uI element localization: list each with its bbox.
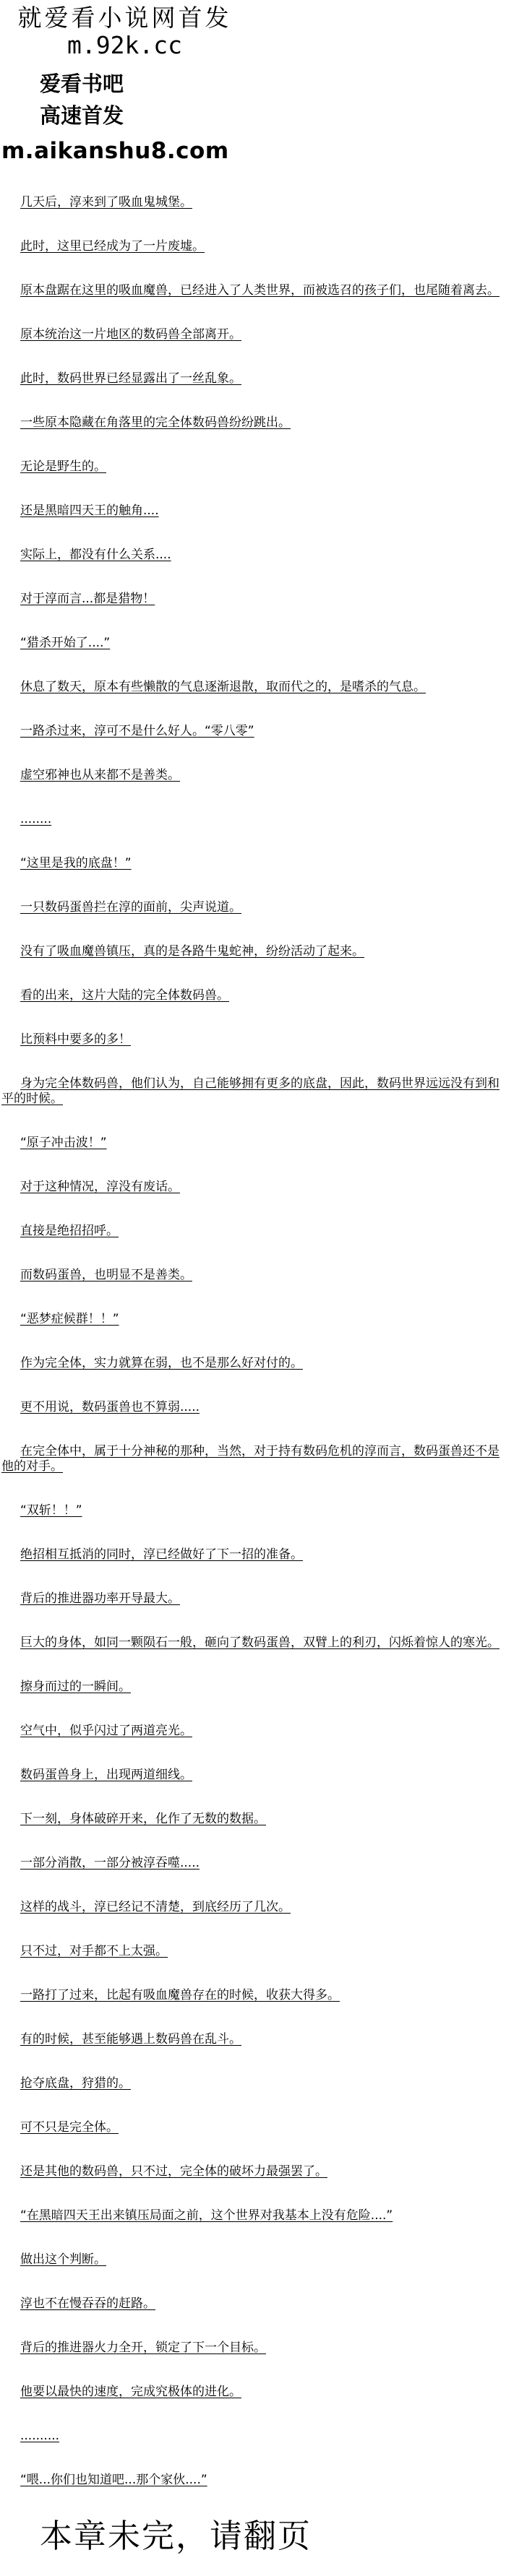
chapter-content: 几天后，淳来到了吸血鬼城堡。此时，这里已经成为了一片废墟。原本盘踞在这里的吸血魔… [0, 195, 506, 2488]
novel-paragraph: “恶梦症候群！！” [1, 1312, 505, 1327]
watermark-promo-url: m.aikanshu8.com [1, 136, 249, 166]
novel-paragraph: 下一刻，身体破碎开来，化作了无数的数据。 [1, 1812, 505, 1827]
novel-paragraph: “这里是我的底盘！” [1, 856, 505, 871]
novel-reader-page: { "watermark": { "site_name": "就爱看小说网首发"… [0, 0, 506, 2576]
novel-paragraph: 原本盘踞在这里的吸血魔兽，已经进入了人类世界，而被选召的孩子们，也尾随着离去。 [1, 283, 505, 298]
watermark-promo-name: 爱看书吧 [40, 68, 249, 100]
novel-paragraph: 这样的战斗，淳已经记不清楚，到底经历了几次。 [1, 1900, 505, 1915]
novel-paragraph: 比预料中要多的多！ [1, 1032, 505, 1047]
watermark-site-url: m.92k.cc [0, 32, 249, 59]
novel-paragraph: 绝招相互抵消的同时，淳已经做好了下一招的准备。 [1, 1547, 505, 1563]
novel-paragraph: 作为完全体，实力就算在弱，也不是那么好对付的。 [1, 1356, 505, 1371]
novel-paragraph: “在黑暗四天王出来镇压局面之前，这个世界对我基本上没有危险....” [1, 2208, 505, 2223]
novel-paragraph: 实际上，都没有什么关系.... [1, 548, 505, 563]
novel-paragraph: 淳也不在慢吞吞的赶路。 [1, 2296, 505, 2312]
novel-paragraph: 还是其他的数码兽，只不过，完全体的破坏力最强罢了。 [1, 2164, 505, 2179]
novel-paragraph: 一路杀过来，淳可不是什么好人。“零八零” [1, 724, 505, 739]
novel-paragraph: 一部分消散，一部分被淳吞噬..... [1, 1856, 505, 1871]
novel-paragraph: 而数码蛋兽，也明显不是善类。 [1, 1268, 505, 1283]
novel-paragraph: .......... [1, 2429, 505, 2444]
novel-paragraph: “原子冲击波！” [1, 1136, 505, 1151]
novel-paragraph: 没有了吸血魔兽镇压，真的是各路牛鬼蛇神，纷纷活动了起来。 [1, 944, 505, 959]
novel-paragraph: “双斩！！” [1, 1503, 505, 1518]
novel-paragraph: 一路打了过来，比起有吸血魔兽存在的时候，收获大得多。 [1, 1988, 505, 2003]
novel-paragraph: 可不只是完全体。 [1, 2120, 505, 2135]
page-end-notice: 本章未完，请翻页 [40, 2517, 506, 2556]
novel-paragraph: 做出这个判断。 [1, 2252, 505, 2268]
novel-paragraph: 几天后，淳来到了吸血鬼城堡。 [1, 195, 505, 210]
novel-paragraph: 巨大的身体，如同一颗陨石一般，砸向了数码蛋兽，双臂上的利刃，闪烁着惊人的寒光。 [1, 1635, 505, 1651]
novel-paragraph: 直接是绝招招呼。 [1, 1224, 505, 1239]
novel-paragraph: 抢夺底盘，狩猎的。 [1, 2076, 505, 2091]
novel-paragraph: “喂...你们也知道吧...那个家伙....” [1, 2473, 505, 2488]
novel-paragraph: 空气中，似乎闪过了两道亮光。 [1, 1724, 505, 1739]
novel-paragraph: 只不过，对手都不上太强。 [1, 1944, 505, 1959]
novel-paragraph: ........ [1, 812, 505, 827]
watermark-promo-tagline: 高速首发 [40, 100, 249, 131]
novel-paragraph: 擦身而过的一瞬间。 [1, 1680, 505, 1695]
novel-paragraph: 还是黑暗四天王的触角.... [1, 503, 505, 519]
novel-paragraph: 此时，数码世界已经显露出了一丝乱象。 [1, 371, 505, 386]
novel-paragraph: 身为完全体数码兽，他们认为，自己能够拥有更多的底盘，因此，数码世界远远没有到和平… [1, 1076, 505, 1107]
novel-paragraph: 在完全体中，属于十分神秘的那种，当然，对于持有数码危机的淳而言，数码蛋兽还不是他… [1, 1444, 505, 1474]
anti-piracy-watermark: 就爱看小说网首发 m.92k.cc 爱看书吧 高速首发 m.aikanshu8.… [0, 0, 249, 166]
watermark-site-name: 就爱看小说网首发 [0, 4, 249, 32]
novel-paragraph: 看的出来，这片大陆的完全体数码兽。 [1, 988, 505, 1003]
novel-paragraph: 数码蛋兽身上，出现两道细线。 [1, 1768, 505, 1783]
novel-paragraph: 他要以最快的速度，完成究极体的进化。 [1, 2385, 505, 2400]
novel-paragraph: 对于淳而言...都是猎物！ [1, 592, 505, 607]
novel-paragraph: 对于这种情况，淳没有废话。 [1, 1180, 505, 1195]
novel-paragraph: 休息了数天，原本有些懒散的气息逐渐退散，取而代之的，是嗜杀的气息。 [1, 680, 505, 695]
novel-paragraph: “猎杀开始了....” [1, 636, 505, 651]
novel-paragraph: 背后的推进器火力全开，锁定了下一个目标。 [1, 2341, 505, 2356]
novel-paragraph: 更不用说，数码蛋兽也不算弱..... [1, 1400, 505, 1415]
novel-paragraph: 一只数码蛋兽拦在淳的面前，尖声说道。 [1, 900, 505, 915]
novel-paragraph: 此时，这里已经成为了一片废墟。 [1, 239, 505, 254]
novel-paragraph: 背后的推进器功率开导最大。 [1, 1591, 505, 1607]
novel-paragraph: 一些原本隐藏在角落里的完全体数码兽纷纷跳出。 [1, 415, 505, 431]
novel-paragraph: 无论是野生的。 [1, 459, 505, 475]
novel-paragraph: 虚空邪神也从来都不是善类。 [1, 768, 505, 783]
novel-paragraph: 原本统治这一片地区的数码兽全部离开。 [1, 327, 505, 342]
novel-paragraph: 有的时候，甚至能够遇上数码兽在乱斗。 [1, 2032, 505, 2047]
